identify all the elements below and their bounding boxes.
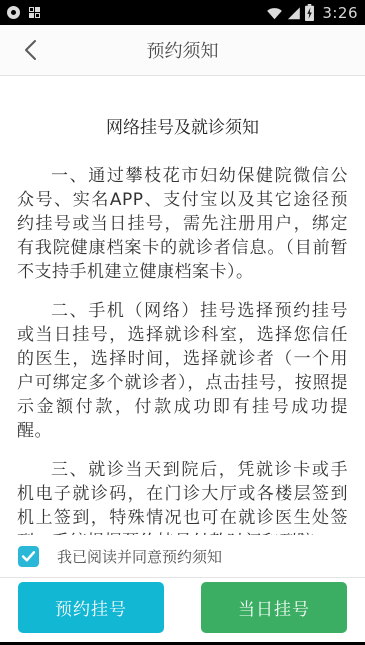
header: 预约须知 — [0, 25, 365, 76]
back-chevron-icon — [23, 39, 37, 61]
notice-title: 网络挂号及就诊须知 — [17, 116, 348, 140]
agreement-checkbox[interactable] — [18, 546, 39, 567]
status-bar-left — [7, 6, 266, 19]
page-title: 预约须知 — [0, 37, 365, 63]
agreement-row: 我已阅读并同意预约须知 — [0, 535, 365, 577]
notice-content[interactable]: 网络挂号及就诊须知 一、通过攀枝花市妇幼保健院微信公众号、实名APP、支付宝以及… — [0, 76, 365, 535]
checkmark-icon — [21, 550, 36, 563]
notice-paragraph-1: 一、通过攀枝花市妇幼保健院微信公众号、实名APP、支付宝以及其它途径预约挂号或当… — [17, 164, 348, 284]
signal-icon — [286, 6, 301, 20]
status-time: 3:26 — [322, 4, 358, 22]
bottom-panel: 我已阅读并同意预约须知 预约挂号 当日挂号 — [0, 535, 365, 645]
reserve-registration-button[interactable]: 预约挂号 — [18, 582, 164, 633]
wifi-icon — [266, 6, 283, 20]
status-bar-right: 3:26 — [266, 4, 358, 22]
back-button[interactable] — [10, 25, 50, 75]
agreement-label: 我已阅读并同意预约须知 — [57, 546, 222, 567]
notice-body: 一、通过攀枝花市妇幼保健院微信公众号、实名APP、支付宝以及其它途径预约挂号或当… — [17, 164, 348, 535]
action-button-row: 预约挂号 当日挂号 — [0, 578, 365, 642]
same-day-registration-button[interactable]: 当日挂号 — [201, 582, 347, 633]
chat-bubble-icon — [7, 6, 20, 19]
status-bar: 3:26 — [0, 0, 365, 25]
notice-paragraph-2: 二、手机（网络）挂号选择预约挂号或当日挂号，选择就诊科室，选择您信任的医生，选择… — [17, 299, 348, 443]
notice-paragraph-3: 三、就诊当天到院后，凭就诊卡或手机电子就诊码，在门诊大厅或各楼层签到机上签到，特… — [17, 458, 348, 535]
app-grid-icon — [29, 7, 40, 18]
battery-charging-icon — [304, 4, 315, 21]
app-screen: 3:26 预约须知 网络挂号及就诊须知 一、通过攀枝花市妇幼保健院微信公众号、实… — [0, 0, 365, 645]
